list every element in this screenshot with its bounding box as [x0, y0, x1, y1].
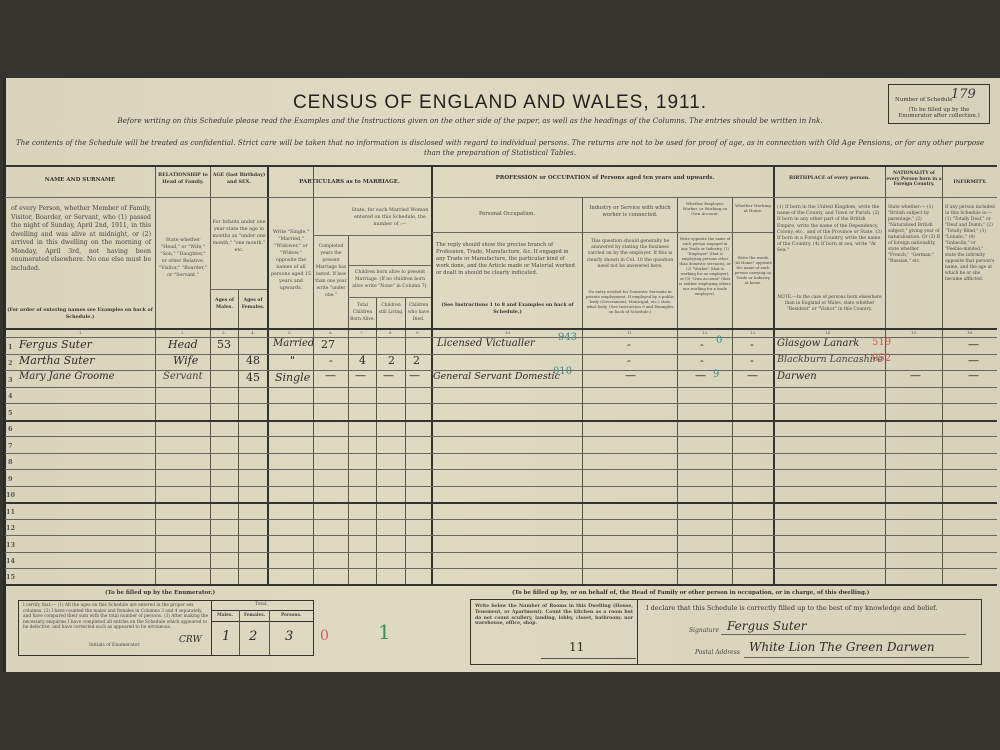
row-1-marital: Married — [273, 338, 314, 349]
enumerator-green-mark: 1 — [378, 620, 391, 644]
row-3-employer: — — [695, 369, 706, 382]
row-2-name: Martha Suter — [19, 354, 94, 367]
header-personal-occupation: Personal Occupation. — [433, 211, 581, 218]
row-number: 8 — [8, 458, 13, 466]
row-3-children-living: — — [383, 369, 394, 382]
header-employer-desc: Write opposite the name of each person e… — [679, 237, 731, 297]
persons-label: Persons. — [281, 613, 301, 618]
initials-label: Initials of Enumerator. — [89, 643, 140, 648]
schedule-number-label: Number of Schedule — [895, 97, 953, 103]
row-1-name: Fergus Suter — [19, 338, 92, 351]
column-number: 10. — [505, 330, 511, 335]
enumerator-box: I certify that:— (1) All the ages on thi… — [18, 600, 314, 656]
head-section-box: Write below the Number of Rooms in this … — [470, 599, 982, 665]
header-birthplace: BIRTHPLACE of every person. — [774, 175, 885, 182]
header-birthplace-note: NOTE.—In the case of persons born elsewh… — [777, 295, 882, 313]
enumerator-red-mark: 0 — [320, 628, 329, 644]
row-2-employer: - — [700, 354, 704, 367]
postal-address-label: Postal Address — [695, 649, 740, 656]
header-personal-occupation-desc: The reply should show the precise branch… — [436, 242, 579, 277]
instruction-line-2: The contents of the Schedule will be tre… — [10, 138, 990, 147]
row-2-birthplace: Blackburn Lancashire — [777, 354, 883, 365]
row-number: 12 — [6, 524, 15, 532]
census-table: NAME AND SURNAME of every Person, whethe… — [5, 165, 997, 586]
row-2-children-living: 2 — [388, 354, 395, 367]
row-3-employer-code: 9 — [713, 369, 719, 380]
header-employer: Whether Employer, Worker, or Working on … — [678, 201, 732, 216]
header-industry-note: No entry needed for Domestic Servants in… — [585, 289, 675, 314]
header-marriage-years: Completed years the present Marriage has… — [314, 243, 348, 299]
header-infirmity: INFIRMITY. — [943, 179, 997, 186]
header-at-home-desc: Write the words "At Home" opposite the n… — [734, 255, 772, 285]
row-3-infirmity: — — [968, 369, 979, 382]
schedule-number-box: Number of Schedule 179 (To be filled up … — [888, 84, 990, 124]
header-marriage: PARTICULARS as to MARRIAGE. — [268, 179, 431, 186]
row-1-relationship: Head — [168, 338, 198, 351]
header-children-living: Children still Living. — [377, 302, 405, 316]
column-number: 2. — [181, 330, 185, 335]
row-2-relationship: Wife — [173, 354, 198, 367]
declaration: I declare that this Schedule is correctl… — [646, 604, 937, 612]
row-2-years-married: - — [329, 354, 333, 367]
signature: Fergus Suter — [727, 619, 807, 633]
column-number: 4. — [251, 330, 255, 335]
row-3-children-died: — — [409, 369, 420, 382]
instruction-line-3: than the preparation of Statistical Tabl… — [10, 148, 990, 157]
row-1-birthplace: Glasgow Lanark — [777, 338, 859, 349]
postal-address: White Lion The Green Darwen — [749, 640, 935, 654]
column-number: 6. — [329, 330, 333, 335]
row-2-infirmity: — — [968, 354, 979, 367]
row-number: 3 — [8, 376, 13, 384]
signature-label: Signature — [689, 627, 719, 634]
row-1-infirmity: — — [968, 338, 979, 351]
header-industry: Industry or Service with which worker is… — [584, 205, 676, 219]
row-1-at-home: - — [750, 338, 754, 351]
column-number: 14. — [825, 330, 831, 335]
row-number: 4 — [8, 392, 13, 400]
instruction-line-1: Before writing on this Schedule please r… — [60, 116, 880, 125]
row-2-at-home: - — [750, 354, 754, 367]
row-3-occupation-code: 010 — [553, 366, 572, 377]
row-2-birthplace-code: 052 — [872, 353, 891, 364]
row-number: 9 — [8, 475, 13, 483]
row-3-age-female: 45 — [246, 371, 260, 384]
header-children-total: Total Children Born Alive. — [349, 302, 376, 323]
row-3-occupation: General Servant Domestic — [433, 371, 560, 382]
head-section-heading: (To be filled up by, or on behalf of, th… — [512, 590, 869, 596]
row-2-industry: - — [627, 354, 631, 367]
row-number: 1 — [8, 343, 13, 351]
column-number: 3. — [222, 330, 226, 335]
total-persons: 3 — [285, 629, 293, 644]
row-number: 7 — [8, 442, 13, 450]
header-marriage-write: Write "Single," "Married," "Widower," or… — [269, 229, 313, 292]
row-number: 11 — [6, 508, 15, 516]
row-3-total-children: — — [355, 369, 366, 382]
row-3-marital: Single — [275, 371, 310, 384]
enumerator-heading: (To be filled up by the Enumerator.) — [105, 590, 215, 596]
row-3-years-married: — — [325, 369, 336, 382]
column-number: 9. — [416, 330, 420, 335]
header-profession: PROFESSION or OCCUPATION of Persons aged… — [485, 175, 725, 182]
header-relationship-desc: State whether "Head," or "Wife," "Son," … — [158, 237, 208, 279]
row-1-employer: - — [700, 338, 704, 351]
header-at-home: Whether Working at Home. — [733, 203, 773, 213]
row-3-nationality: — — [910, 369, 921, 382]
total-label: Total. — [255, 602, 268, 607]
row-1-industry: - — [627, 338, 631, 351]
row-2-age-female: 48 — [246, 354, 260, 367]
header-relationship: RELATIONSHIP to Head of Family. — [156, 172, 210, 186]
total-males: 1 — [222, 629, 230, 644]
header-name-note: (For order of entering names see Example… — [7, 307, 153, 321]
row-1-birthplace-code: 519 — [872, 337, 891, 348]
header-age: AGE (last Birthday) and SEX. — [211, 172, 267, 186]
row-number: 13 — [6, 541, 15, 549]
header-nationality-desc: State whether:— (1) "British subject by … — [888, 205, 940, 265]
row-1-occupation: Licensed Victualler — [437, 338, 535, 349]
row-number: 10 — [6, 491, 15, 499]
row-1-employer-code: 0 — [716, 335, 722, 346]
column-number: 5. — [288, 330, 292, 335]
females-label: Females. — [244, 613, 265, 618]
header-age-males: Ages of Males. — [211, 297, 238, 311]
column-number: 7. — [360, 330, 364, 335]
schedule-number-note: (To be filled up by the Enumerator after… — [893, 107, 985, 119]
row-number: 14 — [6, 557, 15, 565]
rooms-count: 11 — [569, 640, 584, 654]
header-nationality: NATIONALITY of every Person born in a Fo… — [886, 171, 942, 188]
row-1-occupation-code: 943 — [558, 332, 577, 343]
header-age-females: Ages of Females. — [239, 297, 267, 311]
column-number: 8. — [389, 330, 393, 335]
header-age-desc: For Infants under one year state the age… — [212, 219, 266, 254]
row-2-children-died: 2 — [413, 354, 420, 367]
header-birthplace-desc: (1) If born in the United Kingdom, write… — [777, 205, 882, 255]
header-name-desc: of every Person, whether Member of Famil… — [11, 205, 151, 273]
column-number: 16. — [967, 330, 973, 335]
header-children-died: Children who have Died. — [406, 302, 431, 323]
males-label: Males. — [217, 613, 233, 618]
row-number: 5 — [8, 409, 13, 417]
header-name: NAME AND SURNAME — [5, 177, 155, 184]
total-females: 2 — [249, 629, 257, 644]
row-3-birthplace: Darwen — [777, 371, 817, 382]
row-number: 6 — [8, 425, 13, 433]
rooms-desc: Write below the Number of Rooms in this … — [475, 604, 633, 627]
row-3-at-home: — — [747, 369, 758, 382]
row-1-years-married: 27 — [321, 338, 335, 351]
header-infirmity-desc: If any person included in this Schedule … — [945, 205, 995, 283]
header-children-alive: Children born alive to present Marriage.… — [350, 269, 430, 290]
enumerator-initials: CRW — [179, 635, 202, 645]
row-3-name: Mary Jane Groome — [19, 371, 115, 382]
column-number: 15. — [911, 330, 917, 335]
row-number: 2 — [8, 359, 13, 367]
row-number: 15 — [6, 573, 15, 581]
header-personal-occupation-note: (See Instructions 1 to 8 and Examples on… — [435, 302, 580, 316]
column-number: 13. — [750, 330, 756, 335]
row-1-age-male: 53 — [217, 338, 231, 351]
enumerator-certify: I certify that:— (1) All the ages on thi… — [23, 603, 209, 631]
document-title: CENSUS OF ENGLAND AND WALES, 1911. — [0, 92, 1000, 114]
column-number: 11. — [627, 330, 633, 335]
row-3-relationship: Servant — [163, 371, 203, 382]
column-number: 12. — [702, 330, 708, 335]
row-3-industry: — — [625, 369, 636, 382]
header-marriage-state: State, for each Married Woman entered on… — [350, 207, 430, 228]
header-industry-desc: This question should generally be answer… — [585, 239, 675, 270]
row-2-total-children: 4 — [359, 354, 366, 367]
column-number: 1. — [79, 330, 83, 335]
schedule-number: 179 — [951, 87, 976, 102]
row-2-marital: " — [290, 354, 295, 367]
